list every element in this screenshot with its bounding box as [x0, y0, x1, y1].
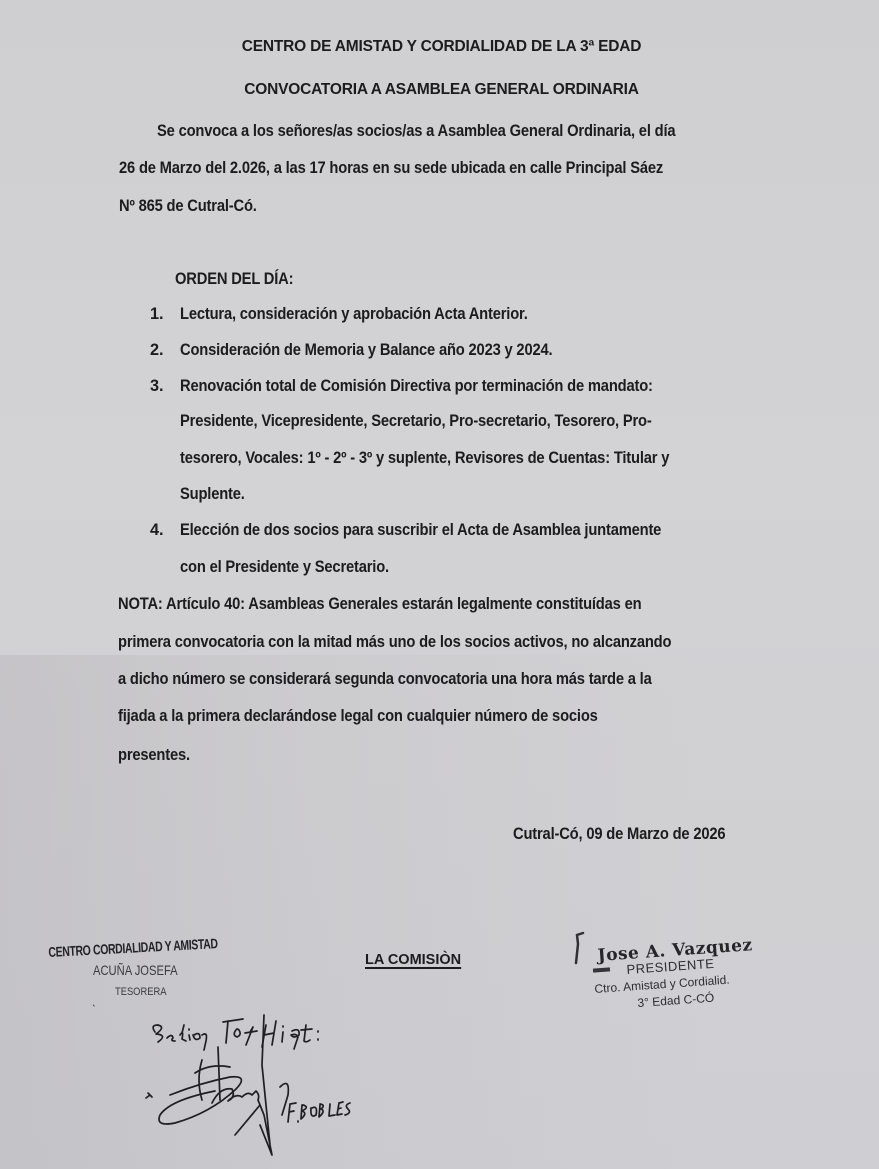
place-date: Cutral-Có, 09 de Marzo de 2026: [513, 825, 725, 844]
agenda-title: ORDEN DEL DÍA:: [175, 270, 293, 289]
agenda-item-3-line-1: Renovación total de Comisión Directiva p…: [180, 377, 653, 396]
agenda-item-4-line-2: con el Presidente y Secretario.: [180, 558, 389, 577]
agenda-item-4-line-1: Elección de dos socios para suscribir el…: [180, 521, 661, 540]
agenda-item-number: 1.: [150, 305, 164, 324]
stamp-mark-icon: ˎ: [92, 993, 96, 1007]
agenda-item-3-line-4: Suplente.: [180, 485, 245, 504]
note-line-2: primera convocatoria con la mitad más un…: [118, 633, 671, 652]
agenda-item-number: 3.: [150, 377, 164, 396]
intro-line-1: Se convoca a los señores/as socios/as a …: [157, 122, 675, 141]
stamp-treasurer-name: ACUÑA JOSEFA: [93, 962, 178, 978]
agenda-item-1: Lectura, consideración y aprobación Acta…: [180, 305, 528, 324]
intro-line-2: 26 de Marzo del 2.026, a las 17 horas en…: [119, 159, 663, 178]
stamp-president-edad: 3° Edad C-CÓ: [637, 991, 715, 1010]
agenda-item-number: 4.: [150, 521, 164, 540]
stamp-treasurer-role: TESORERA: [115, 986, 166, 998]
note-line-4: fijada a la primera declarándose legal c…: [118, 707, 598, 726]
agenda-item-3-line-2: Presidente, Vicepresidente, Secretario, …: [180, 412, 652, 431]
stamp-president-mark: [593, 967, 610, 972]
header-convocation: CONVOCATORIA A ASAMBLEA GENERAL ORDINARI…: [0, 81, 879, 99]
agenda-item-2: Consideración de Memoria y Balance año 2…: [180, 341, 552, 360]
commission-label: LA COMISIÒN: [365, 952, 461, 968]
agenda-item-3-line-3: tesorero, Vocales: 1º - 2º - 3º y suplen…: [180, 449, 669, 468]
paper-shadow: [0, 655, 879, 1169]
handwritten-signatures-icon: [140, 1005, 390, 1165]
note-line-5: presentes.: [118, 746, 190, 765]
agenda-item-number: 2.: [150, 341, 164, 360]
president-pen-mark-icon: [572, 930, 586, 966]
note-line-1: NOTA: Artículo 40: Asambleas Generales e…: [118, 595, 641, 614]
stamp-treasurer-org: CENTRO CORDIALIDAD Y AMISTAD: [48, 935, 218, 960]
note-line-3: a dicho número se considerará segunda co…: [118, 670, 652, 689]
intro-line-3: Nº 865 de Cutral-Có.: [119, 197, 257, 216]
header-organization: CENTRO DE AMISTAD Y CORDIALIDAD DE LA 3ª…: [0, 38, 879, 56]
